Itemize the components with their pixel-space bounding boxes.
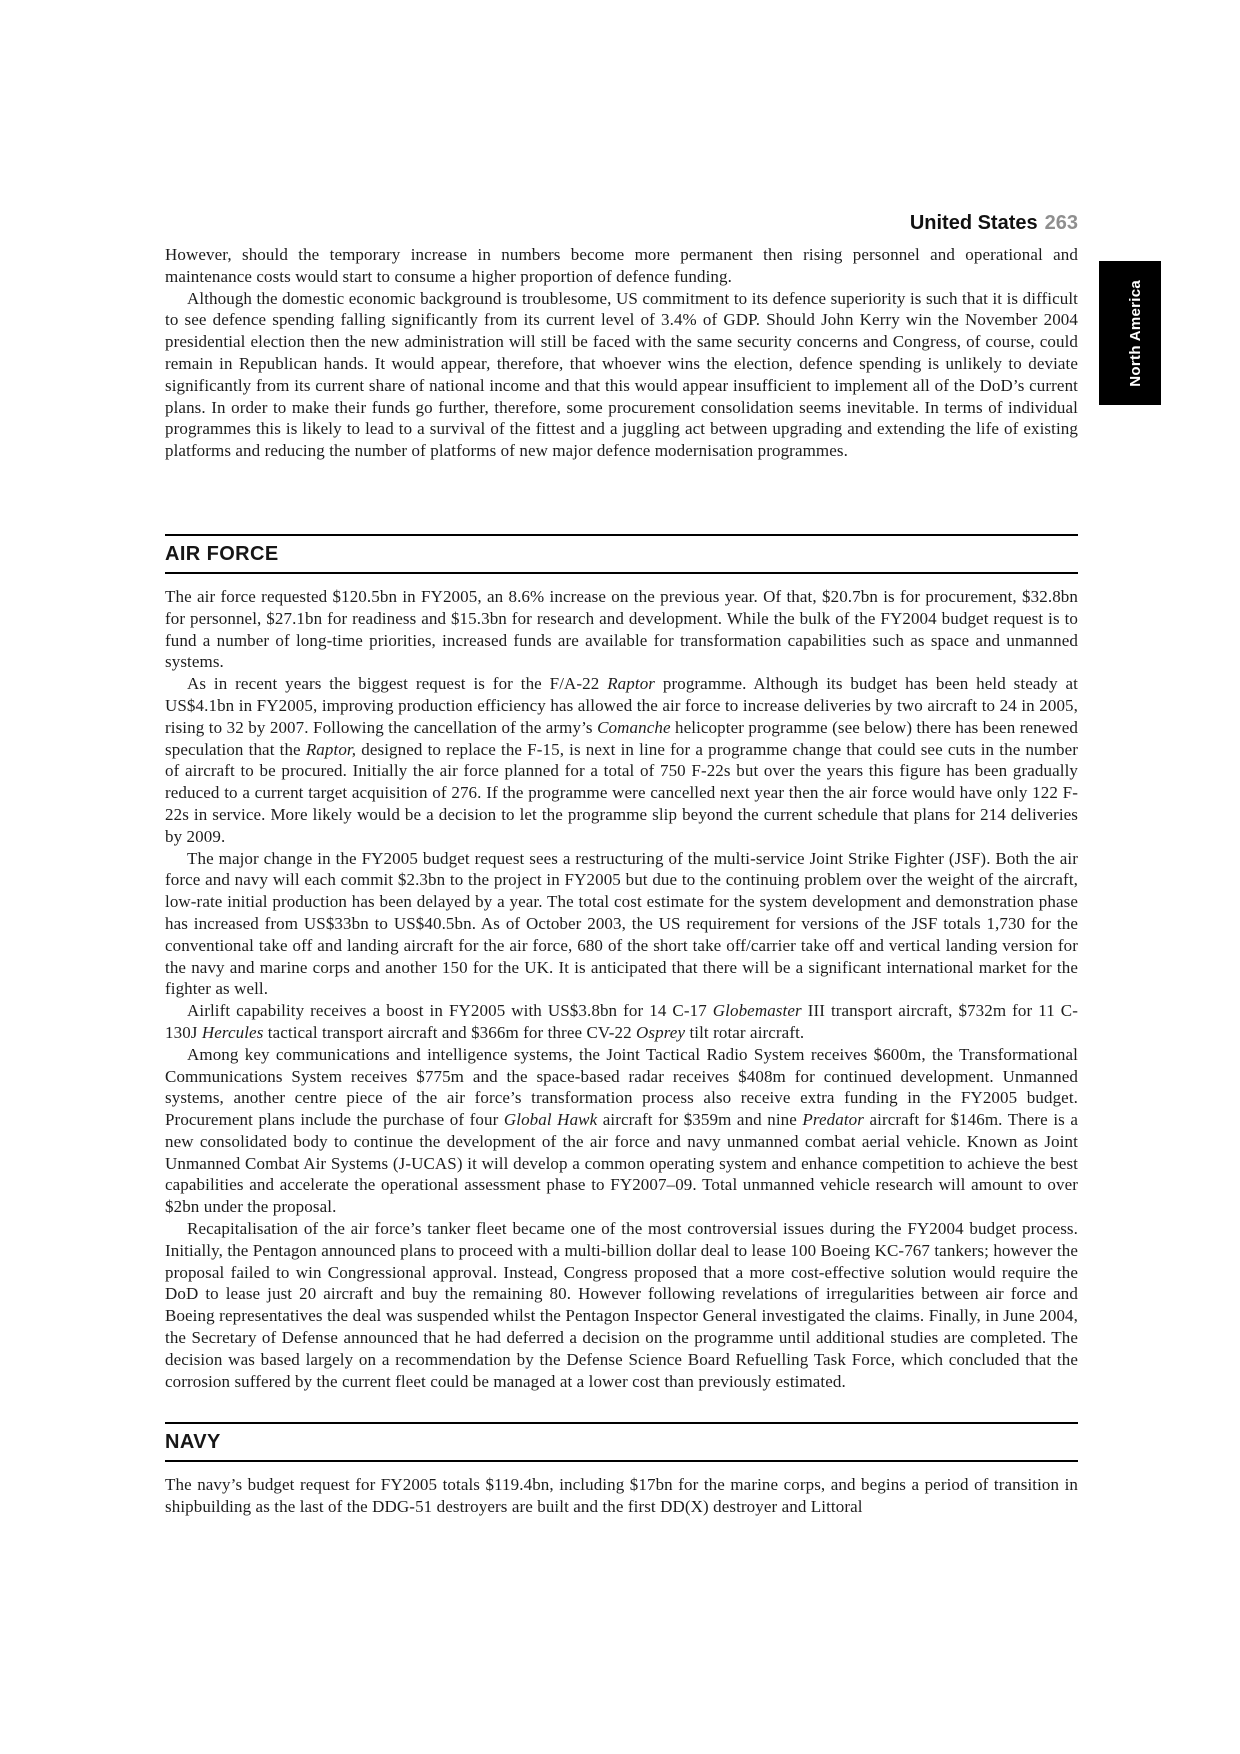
italic-text-segment: Global Hawk	[504, 1110, 597, 1129]
italic-text-segment: Raptor,	[306, 740, 356, 759]
section-heading-air-force: AIR FORCE	[165, 534, 1078, 574]
text-segment: tactical transport aircraft and $366m fo…	[263, 1023, 636, 1042]
header-country-title: United States	[910, 212, 1038, 235]
italic-text-segment: Hercules	[202, 1023, 264, 1042]
page-number: 263	[1045, 212, 1078, 235]
text-segment: tilt rotar aircraft.	[685, 1023, 804, 1042]
italic-text-segment: Predator	[802, 1110, 864, 1129]
intro-paragraphs: However, should the temporary increase i…	[165, 244, 1078, 462]
paragraph: Recapitalisation of the air force’s tank…	[165, 1218, 1078, 1392]
text-segment: The major change in the FY2005 budget re…	[165, 849, 1078, 999]
text-segment: Airlift capability receives a boost in F…	[187, 1001, 713, 1020]
section-air-force: AIR FORCE The air force requested $120.5…	[165, 534, 1078, 1392]
paragraph: The air force requested $120.5bn in FY20…	[165, 586, 1078, 673]
paragraph: However, should the temporary increase i…	[165, 244, 1078, 288]
text-segment: aircraft for $359m and nine	[597, 1110, 802, 1129]
text-segment: Although the domestic economic backgroun…	[165, 289, 1078, 461]
italic-text-segment: Osprey	[636, 1023, 685, 1042]
text-segment: However, should the temporary increase i…	[165, 245, 1078, 286]
page-content: United States 263 However, should the te…	[165, 212, 1078, 1518]
italic-text-segment: Comanche	[597, 718, 671, 737]
text-segment: As in recent years the biggest request i…	[187, 674, 607, 693]
text-segment: Recapitalisation of the air force’s tank…	[165, 1219, 1078, 1391]
paragraph: The navy’s budget request for FY2005 tot…	[165, 1474, 1078, 1518]
italic-text-segment: Raptor	[607, 674, 655, 693]
paragraph: Although the domestic economic backgroun…	[165, 288, 1078, 462]
paragraph: Among key communications and intelligenc…	[165, 1044, 1078, 1218]
paragraph: As in recent years the biggest request i…	[165, 673, 1078, 847]
paragraph: The major change in the FY2005 budget re…	[165, 848, 1078, 1001]
text-segment: The air force requested $120.5bn in FY20…	[165, 587, 1078, 671]
section-body-air-force: The air force requested $120.5bn in FY20…	[165, 586, 1078, 1392]
region-tab-label: North America	[1127, 280, 1144, 387]
running-header: United States 263	[165, 212, 1078, 235]
region-tab: North America	[1099, 261, 1161, 405]
section-navy: NAVY The navy’s budget request for FY200…	[165, 1422, 1078, 1518]
section-heading-navy: NAVY	[165, 1422, 1078, 1462]
section-body-navy: The navy’s budget request for FY2005 tot…	[165, 1474, 1078, 1518]
italic-text-segment: Globemaster	[713, 1001, 802, 1020]
paragraph: Airlift capability receives a boost in F…	[165, 1000, 1078, 1044]
text-segment: The navy’s budget request for FY2005 tot…	[165, 1475, 1078, 1516]
